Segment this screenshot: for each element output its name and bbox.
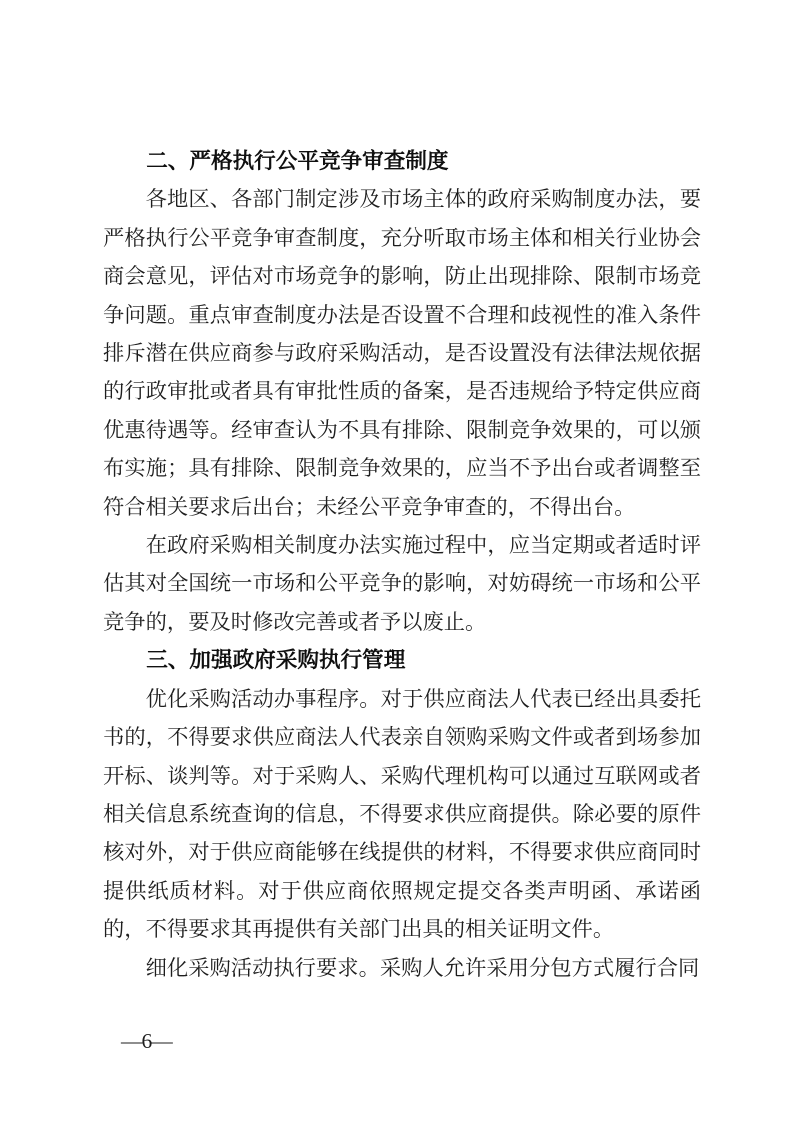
section-heading-3: 三、加强政府采购执行管理 [103,641,701,679]
body-paragraph-implementation-evaluation: 在政府采购相关制度办法实施过程中，应当定期或者适时评估其对全国统一市场和公平竞争… [103,526,701,641]
body-paragraph-fair-competition-review: 各地区、各部门制定涉及市场主体的政府采购制度办法，要严格执行公平竞争审查制度，充… [103,180,701,526]
body-paragraph-optimize-procedures: 优化采购活动办事程序。对于供应商法人代表已经出具委托书的，不得要求供应商法人代表… [103,680,701,949]
body-paragraph-refine-execution: 细化采购活动执行要求。采购人允许采用分包方式履行合同 [103,949,701,987]
section-heading-2: 二、严格执行公平竞争审查制度 [103,142,701,180]
document-page: 二、严格执行公平竞争审查制度 各地区、各部门制定涉及市场主体的政府采购制度办法，… [0,0,794,1123]
document-body: 二、严格执行公平竞争审查制度 各地区、各部门制定涉及市场主体的政府采购制度办法，… [103,142,701,987]
page-number: —6— [121,1026,172,1056]
